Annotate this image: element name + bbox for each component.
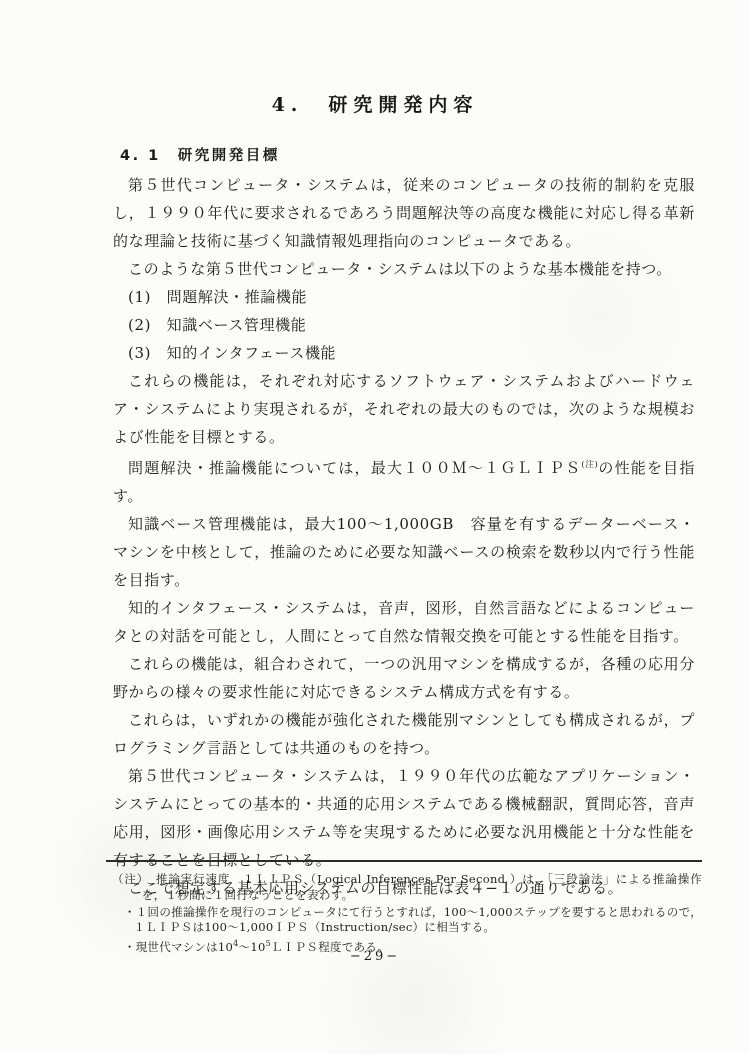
document-page: 4. 研究開発内容 4. 1 研究開発目標 第５世代コンピュータ・システムは，従… [0,0,750,1054]
body-paragraph: これらは，いずれかの機能が強化された機能別マシンとしても構成されるが，プログラミ… [113,706,695,762]
page-number: −29− [0,949,750,964]
list-item: (2) 知識ベース管理機能 [113,311,695,339]
list-item: (3) 知的インタフェース機能 [113,339,695,367]
body-paragraph: 知識ベース管理機能は，最大100〜1,000GB 容量を有するデーターベース・マ… [113,510,695,594]
list-item: (1) 問題解決・推論機能 [113,283,695,311]
body-text: 第５世代コンピュータ・システムは，従来のコンピュータの技術的制約を克服し，１９９… [113,171,695,902]
body-paragraph: これらの機能は，組合わされて，一つの汎用マシンを構成するが，各種の応用分野からの… [113,650,695,706]
body-paragraph: これらの機能は，それぞれ対応するソフトウェア・システムおよびハードウェア・システ… [113,367,695,451]
footnote-bullet: ・１回の推論操作を現行のコンピュータにて行うとすれば，100〜1,000ステップ… [124,905,702,937]
body-paragraph: このような第５世代コンピュータ・システムは以下のような基本機能を持つ。 [113,255,695,283]
footnote-reference-mark: (注) [581,460,597,470]
body-paragraph: 第５世代コンピュータ・システムは，１９９０年代の広範なアプリケーション・システム… [113,762,695,874]
body-paragraph: 問題解決・推論機能については，最大１００Ｍ〜１ＧＬＩＰＳ(注)の性能を目指す。 [113,451,695,510]
body-paragraph: 知的インタフェース・システムは，音声，図形，自然言語などによるコンピュータとの対… [113,594,695,650]
paragraph-text: 問題解決・推論機能については，最大１００Ｍ〜１ＧＬＩＰＳ [128,459,581,477]
body-paragraph: 第５世代コンピュータ・システムは，従来のコンピュータの技術的制約を克服し，１９９… [113,171,695,255]
footnote-divider [106,860,702,862]
page-title: 4. 研究開発内容 [0,90,750,117]
section-heading: 4. 1 研究開発目標 [120,144,280,165]
footnote: （注） 推論実行速度 １ＬＩＰＳ（Logical Inferences Per … [106,860,702,956]
footnote-note: （注） 推論実行速度 １ＬＩＰＳ（Logical Inferences Per … [112,872,702,904]
